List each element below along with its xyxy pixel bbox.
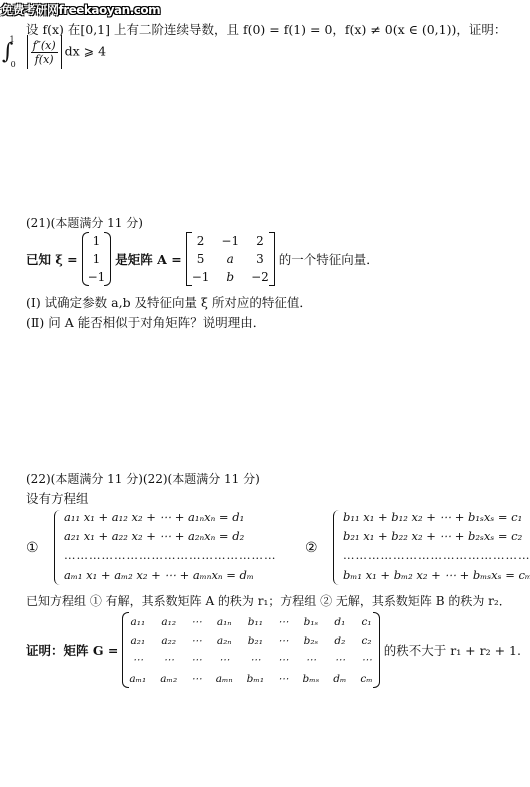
matrix-cell: b₁ₛ — [296, 612, 327, 631]
system1-eq1: a₁₁ x₁ + a₁₂ x₂ + ⋯ + a₁ₙxₙ = d₁ — [64, 510, 244, 524]
q22-intro: 设有方程组 — [26, 489, 89, 507]
denominator: f(x) — [31, 53, 58, 66]
matrix-cell: ⋯ — [240, 650, 271, 669]
q22-heading: (22)(本题满分 11 分)(22)(本题满分 11 分) — [26, 470, 260, 487]
matrix-cell: bₘₛ — [296, 669, 327, 688]
system2-eq2: b₂₁ x₁ + b₂₂ x₂ + ⋯ + b₂ₛxₛ = c₂ — [343, 529, 522, 543]
matrix-cell: ⋯ — [271, 650, 296, 669]
xi-vector: 11−1 — [82, 232, 112, 286]
integral-tail: dx ⩾ 4 — [65, 44, 106, 59]
numerator: f″(x) — [31, 39, 58, 53]
matrix-cell: dₘ — [326, 669, 353, 688]
matrix-cell: ⋯ — [326, 650, 353, 669]
matrix-cell: d₂ — [326, 631, 353, 650]
system2: b₁₁ x₁ + b₁₂ x₂ + ⋯ + b₁ₛxₛ = c₁ b₂₁ x₁ … — [333, 510, 528, 585]
system2-eq1: b₁₁ x₁ + b₁₂ x₂ + ⋯ + b₁ₛxₛ = c₁ — [343, 510, 522, 524]
xi-label: 已知 ξ = — [26, 250, 78, 268]
matrix-a: 2−125a3−1b−2 — [186, 232, 275, 286]
q20-inequality: ∫10f″(x)f(x)dx ⩾ 4 — [2, 35, 106, 69]
matrix-cell: ⋯ — [271, 612, 296, 631]
watermark: 免费考研网freekaoyan.com — [1, 1, 160, 18]
matrix-cell: ⋯ — [184, 650, 209, 669]
system1: a₁₁ x₁ + a₁₂ x₂ + ⋯ + a₁ₙxₙ = d₁ a₂₁ x₁ … — [54, 510, 284, 585]
q21-part1: (Ⅰ) 试确定参数 a,b 及特征向量 ξ 所对应的特征值． — [26, 293, 312, 311]
system1-ellipsis: …………………………………………… — [64, 548, 277, 562]
matrix-cell: d₁ — [326, 612, 353, 631]
matrix-cell: b₂₁ — [240, 631, 271, 650]
q21-part2: (Ⅱ) 问 A 能否相似于对角矩阵？说明理由． — [26, 313, 265, 331]
matrix-cell: b₁₁ — [240, 612, 271, 631]
matrix-cell: −1 — [215, 232, 245, 250]
integral-lower: 0 — [11, 60, 16, 69]
q22-conclusion: 的秩不大于 r₁ + r₂ + 1. — [384, 641, 521, 659]
matrix-cell: a₁₂ — [153, 612, 184, 631]
matrix-cell: b — [215, 268, 245, 286]
matrix-cell: aₘ₂ — [153, 669, 184, 688]
matrix-cell: bₘ₁ — [240, 669, 271, 688]
matrix-g-label: 证明：矩阵 G = — [26, 641, 118, 659]
matrix-cell: a₂ₙ — [209, 631, 240, 650]
q21-suffix: 的一个特征向量． — [279, 250, 379, 268]
system1-eqm: aₘ₁ x₁ + aₘ₂ x₂ + ⋯ + aₘₙxₙ = dₘ — [64, 568, 254, 582]
q21-heading: (21)(本题满分 11 分) — [26, 214, 143, 231]
matrix-cell: a₂₂ — [153, 631, 184, 650]
matrix-cell: ⋯ — [271, 631, 296, 650]
system2-ellipsis: …………………………………………… — [343, 548, 530, 562]
fraction: f″(x)f(x) — [31, 39, 58, 66]
matrix-cell: aₘₙ — [209, 669, 240, 688]
integral-upper: 1 — [9, 35, 14, 44]
system2-label: ② — [305, 540, 318, 556]
system2-eqm: bₘ₁ x₁ + bₘ₂ x₂ + ⋯ + bₘₛxₛ = cₘ — [343, 568, 530, 582]
matrix-cell: ⋯ — [271, 669, 296, 688]
q22-known: 已知方程组 ① 有解，其系数矩阵 A 的秩为 r₁；方程组 ② 无解，其系数矩阵… — [26, 592, 511, 609]
matrix-cell: b₂ₛ — [296, 631, 327, 650]
matrix-cell: ⋯ — [209, 650, 240, 669]
matrix-g: a₁₁a₁₂⋯a₁ₙb₁₁⋯b₁ₛd₁c₁a₂₁a₂₂⋯a₂ₙb₂₁⋯b₂ₛd₂… — [122, 612, 379, 688]
matrix-cell: ⋯ — [153, 650, 184, 669]
matrix-a-label: 是矩阵 A = — [115, 250, 181, 268]
q22-prove: 证明：矩阵 G = a₁₁a₁₂⋯a₁ₙb₁₁⋯b₁ₛd₁c₁a₂₁a₂₂⋯a₂… — [26, 610, 521, 690]
matrix-cell: ⋯ — [184, 612, 209, 631]
q21-statement: 已知 ξ = 11−1 是矩阵 A = 2−125a3−1b−2 的一个特征向量… — [26, 231, 379, 287]
matrix-cell: ⋯ — [184, 669, 209, 688]
system1-eq2: a₂₁ x₁ + a₂₂ x₂ + ⋯ + a₂ₙxₙ = d₂ — [64, 529, 244, 543]
system1-label: ① — [26, 540, 39, 556]
matrix-cell: a — [215, 250, 245, 268]
matrix-cell: ⋯ — [296, 650, 327, 669]
matrix-cell: a₁ₙ — [209, 612, 240, 631]
matrix-cell: ⋯ — [184, 631, 209, 650]
